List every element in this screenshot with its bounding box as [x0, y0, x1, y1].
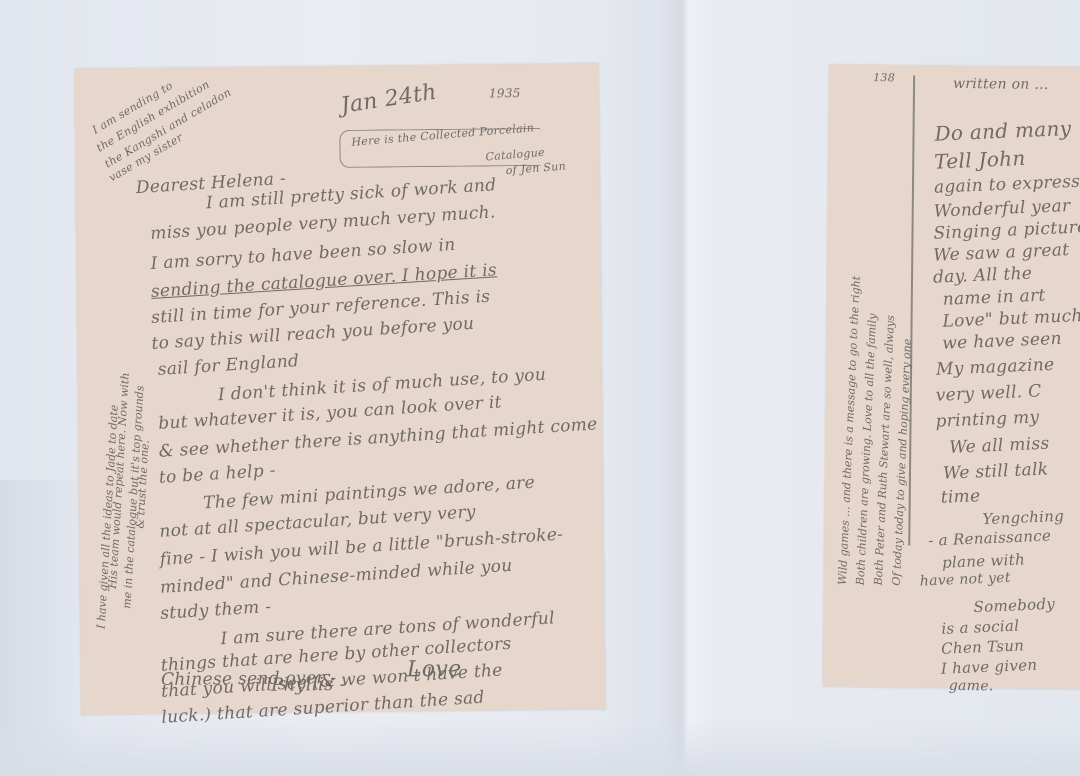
- right-body-line: We still talk: [943, 459, 1049, 483]
- right-body-line: game.: [949, 678, 994, 694]
- left-letter: I am sending to the English exhibition t…: [75, 63, 606, 714]
- right-body-line: very well. C: [935, 381, 1041, 405]
- right-body-line: We all miss: [949, 434, 1050, 458]
- letter-header: written on ...: [953, 76, 1049, 93]
- page-number: 138: [873, 71, 895, 84]
- right-body-line: is a social: [941, 617, 1020, 638]
- closing: Love: [407, 657, 462, 683]
- right-margin-columns: Wild games ... and there is a message to…: [829, 65, 1080, 68]
- right-body-line: Somebody: [973, 595, 1055, 616]
- right-body-line: plane with: [942, 550, 1026, 571]
- right-body-line: I have given: [941, 656, 1038, 678]
- right-body-line: time: [940, 486, 980, 508]
- page-bottom-shade: [0, 720, 1080, 776]
- letter-date: Jan 24th: [339, 80, 438, 119]
- right-body-line: day. All the: [933, 264, 1033, 288]
- body-line: sail for England: [157, 351, 300, 380]
- corner-note: I am sending to the English exhibition t…: [75, 63, 599, 68]
- right-letter: 138 written on ... Wild games ... and th…: [823, 65, 1080, 690]
- right-body-line: Tell John: [934, 146, 1026, 174]
- book-gutter: [655, 0, 715, 776]
- right-body-line: have not yet: [920, 570, 1012, 590]
- right-body-line: printing my: [935, 407, 1040, 431]
- right-body-line: name in art: [942, 286, 1046, 310]
- letter-year: 1935: [489, 86, 521, 100]
- margin-note: I have given all the ideas to Jade to da…: [75, 63, 599, 68]
- right-body-line: Yengching: [982, 507, 1064, 528]
- right-body-line: Chen Tsun: [941, 636, 1025, 657]
- right-body-line: again to express: [934, 172, 1080, 198]
- right-body-line: My magazine: [936, 355, 1055, 380]
- body-line: study them -: [160, 597, 272, 624]
- margin-rule: [908, 75, 914, 545]
- right-body-line: We saw a great: [933, 240, 1070, 266]
- right-body-line: Do and many: [934, 116, 1072, 146]
- body-line: to be a help -: [158, 461, 276, 488]
- signature: Phyllis -: [271, 674, 346, 696]
- right-body-line: we have seen: [942, 329, 1062, 354]
- right-body-line: - a Renaissance: [928, 527, 1052, 550]
